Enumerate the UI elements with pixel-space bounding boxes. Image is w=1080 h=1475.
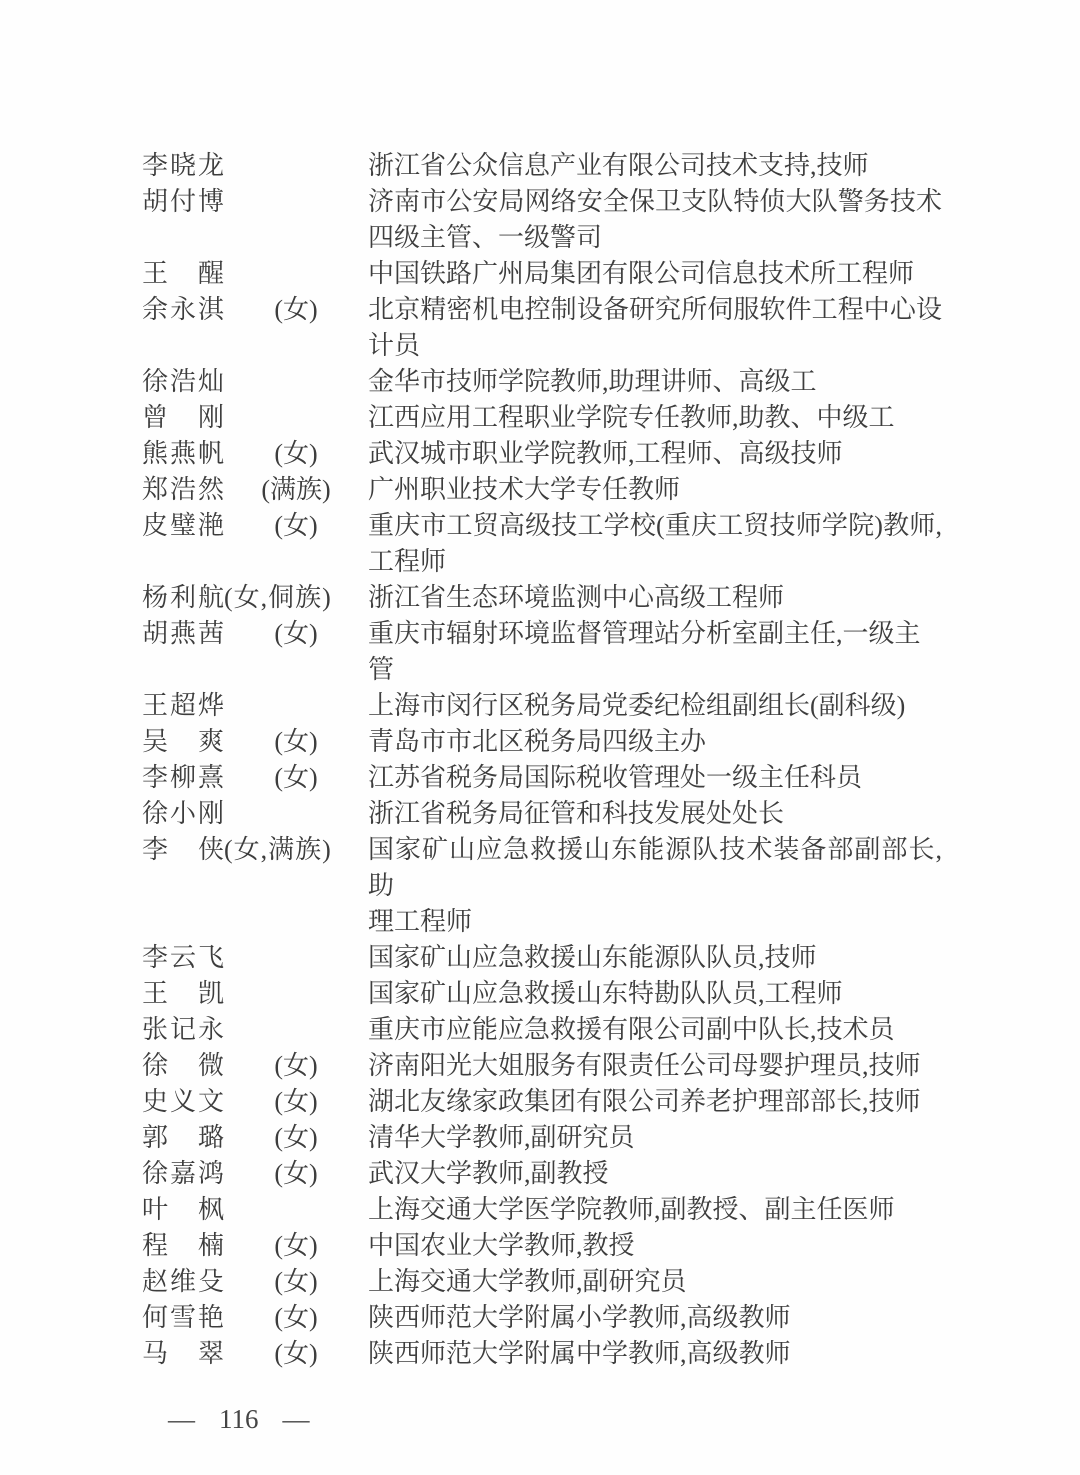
recipient-name: 王超烨 (142, 688, 224, 724)
recipient-position-line: 清华大学教师,副研究员 (368, 1120, 942, 1156)
recipient-name: 李柳熹 (142, 760, 224, 796)
recipient-attribute: (女,满族) (224, 832, 368, 868)
recipient-attribute: (女) (224, 1156, 368, 1192)
recipient-position-line: 上海交通大学教师,副研究员 (368, 1264, 942, 1300)
recipient-attribute: (女) (224, 1228, 368, 1264)
recipient-name: 程 楠 (142, 1228, 224, 1264)
recipient-position-line: 上海市闵行区税务局党委纪检组副组长(副科级) (368, 688, 942, 724)
recipient-position-line: 陕西师范大学附属中学教师,高级教师 (368, 1336, 942, 1372)
recipient-position: 上海市闵行区税务局党委纪检组副组长(副科级) (368, 688, 942, 724)
recipient-attribute: (女) (224, 1120, 368, 1156)
list-item: 郑浩然(满族)广州职业技术大学专任教师 (142, 472, 954, 508)
list-item: 何雪艳(女)陕西师范大学附属小学教师,高级教师 (142, 1300, 954, 1336)
recipient-attribute: (女,侗族) (224, 580, 368, 616)
recipient-position: 北京精密机电控制设备研究所伺服软件工程中心设计员 (368, 292, 942, 364)
recipient-name: 王 醒 (142, 256, 224, 292)
recipient-position: 陕西师范大学附属中学教师,高级教师 (368, 1336, 942, 1372)
list-item: 徐嘉鸿(女)武汉大学教师,副教授 (142, 1156, 954, 1192)
recipient-name: 李 侠 (142, 832, 224, 868)
recipient-name: 李晓龙 (142, 148, 224, 184)
recipient-position-line: 计员 (368, 328, 942, 364)
recipient-position: 江苏省税务局国际税收管理处一级主任科员 (368, 760, 942, 796)
recipient-name: 史义文 (142, 1084, 224, 1120)
recipient-name: 李云飞 (142, 940, 224, 976)
recipient-position: 国家矿山应急救援山东能源队技术装备部副部长,助理工程师 (368, 832, 942, 940)
recipient-attribute: (女) (224, 292, 368, 328)
recipient-attribute: (女) (224, 1300, 368, 1336)
recipient-name: 曾 刚 (142, 400, 224, 436)
recipient-position: 上海交通大学教师,副研究员 (368, 1264, 942, 1300)
recipient-position-line: 武汉城市职业学院教师,工程师、高级技师 (368, 436, 942, 472)
recipient-position-line: 陕西师范大学附属小学教师,高级教师 (368, 1300, 942, 1336)
recipient-name: 徐小刚 (142, 796, 224, 832)
list-item: 马 翠(女)陕西师范大学附属中学教师,高级教师 (142, 1336, 954, 1372)
recipient-attribute: (女) (224, 760, 368, 796)
recipient-position: 青岛市市北区税务局四级主办 (368, 724, 942, 760)
list-item: 李柳熹(女)江苏省税务局国际税收管理处一级主任科员 (142, 760, 954, 796)
footer-dash-right: — (283, 1404, 310, 1434)
recipient-position-line: 工程师 (368, 544, 942, 580)
list-item: 张记永重庆市应能应急救援有限公司副中队长,技术员 (142, 1012, 954, 1048)
list-item: 李晓龙浙江省公众信息产业有限公司技术支持,技师 (142, 148, 954, 184)
recipient-position: 中国农业大学教师,教授 (368, 1228, 942, 1264)
recipient-position-line: 上海交通大学医学院教师,副教授、副主任医师 (368, 1192, 942, 1228)
recipient-name: 杨利航 (142, 580, 224, 616)
list-item: 王 凯国家矿山应急救援山东特勘队队员,工程师 (142, 976, 954, 1012)
recipient-position-line: 青岛市市北区税务局四级主办 (368, 724, 942, 760)
recipient-name: 徐嘉鸿 (142, 1156, 224, 1192)
list-item: 李云飞国家矿山应急救援山东能源队队员,技师 (142, 940, 954, 976)
recipient-position-line: 济南市公安局网络安全保卫支队特侦大队警务技术 (368, 184, 942, 220)
recipient-name: 王 凯 (142, 976, 224, 1012)
recipient-name: 郑浩然 (142, 472, 224, 508)
recipient-name: 吴 爽 (142, 724, 224, 760)
list-item: 李 侠(女,满族)国家矿山应急救援山东能源队技术装备部副部长,助理工程师 (142, 832, 954, 940)
list-item: 吴 爽(女)青岛市市北区税务局四级主办 (142, 724, 954, 760)
recipient-position: 国家矿山应急救援山东能源队队员,技师 (368, 940, 942, 976)
recipient-position: 济南市公安局网络安全保卫支队特侦大队警务技术四级主管、一级警司 (368, 184, 942, 256)
recipient-name: 徐浩灿 (142, 364, 224, 400)
list-item: 杨利航(女,侗族)浙江省生态环境监测中心高级工程师 (142, 580, 954, 616)
recipient-name: 徐 微 (142, 1048, 224, 1084)
recipient-position: 重庆市工贸高级技工学校(重庆工贸技师学院)教师,工程师 (368, 508, 942, 580)
recipient-position-line: 理工程师 (368, 904, 942, 940)
recipient-name: 胡燕茜 (142, 616, 224, 652)
recipient-position: 浙江省生态环境监测中心高级工程师 (368, 580, 942, 616)
recipient-name: 张记永 (142, 1012, 224, 1048)
recipient-position: 广州职业技术大学专任教师 (368, 472, 942, 508)
recipient-position: 武汉大学教师,副教授 (368, 1156, 942, 1192)
recipient-attribute: (女) (224, 616, 368, 652)
recipient-position: 重庆市辐射环境监督管理站分析室副主任,一级主管 (368, 616, 942, 688)
recipient-name: 叶 枫 (142, 1192, 224, 1228)
recipient-name: 赵维殳 (142, 1264, 224, 1300)
footer-dash-left: — (168, 1404, 195, 1434)
recipient-position-line: 金华市技师学院教师,助理讲师、高级工 (368, 364, 942, 400)
list-item: 郭 璐(女)清华大学教师,副研究员 (142, 1120, 954, 1156)
recipient-position-line: 四级主管、一级警司 (368, 220, 942, 256)
list-item: 胡燕茜(女)重庆市辐射环境监督管理站分析室副主任,一级主管 (142, 616, 954, 688)
page-number: 116 (219, 1404, 259, 1434)
recipient-position-line: 中国农业大学教师,教授 (368, 1228, 942, 1264)
recipient-position-line: 浙江省生态环境监测中心高级工程师 (368, 580, 942, 616)
list-item: 熊燕帆(女)武汉城市职业学院教师,工程师、高级技师 (142, 436, 954, 472)
recipient-position: 中国铁路广州局集团有限公司信息技术所工程师 (368, 256, 942, 292)
recipient-attribute: (女) (224, 1048, 368, 1084)
recipient-name: 熊燕帆 (142, 436, 224, 472)
recipient-attribute: (女) (224, 1336, 368, 1372)
document-page: 李晓龙浙江省公众信息产业有限公司技术支持,技师胡付博济南市公安局网络安全保卫支队… (0, 0, 1080, 1475)
list-item: 赵维殳(女)上海交通大学教师,副研究员 (142, 1264, 954, 1300)
recipient-position-line: 重庆市辐射环境监督管理站分析室副主任,一级主管 (368, 616, 942, 688)
recipient-attribute: (女) (224, 1084, 368, 1120)
list-item: 程 楠(女)中国农业大学教师,教授 (142, 1228, 954, 1264)
recipient-position-line: 浙江省公众信息产业有限公司技术支持,技师 (368, 148, 942, 184)
recipient-attribute: (满族) (224, 472, 368, 508)
recipient-position: 济南阳光大姐服务有限责任公司母婴护理员,技师 (368, 1048, 942, 1084)
recipient-name: 皮璧滟 (142, 508, 224, 544)
recipient-position-line: 重庆市应能应急救援有限公司副中队长,技术员 (368, 1012, 942, 1048)
recipient-position-line: 国家矿山应急救援山东能源队队员,技师 (368, 940, 942, 976)
recipient-position: 国家矿山应急救援山东特勘队队员,工程师 (368, 976, 942, 1012)
list-item: 王超烨上海市闵行区税务局党委纪检组副组长(副科级) (142, 688, 954, 724)
recipient-position: 湖北友缘家政集团有限公司养老护理部部长,技师 (368, 1084, 942, 1120)
recipient-position: 陕西师范大学附属小学教师,高级教师 (368, 1300, 942, 1336)
list-item: 史义文(女)湖北友缘家政集团有限公司养老护理部部长,技师 (142, 1084, 954, 1120)
recipient-position-line: 广州职业技术大学专任教师 (368, 472, 942, 508)
recipient-position: 金华市技师学院教师,助理讲师、高级工 (368, 364, 942, 400)
recipient-attribute: (女) (224, 1264, 368, 1300)
list-item: 余永淇(女)北京精密机电控制设备研究所伺服软件工程中心设计员 (142, 292, 954, 364)
list-item: 叶 枫上海交通大学医学院教师,副教授、副主任医师 (142, 1192, 954, 1228)
list-item: 徐小刚浙江省税务局征管和科技发展处处长 (142, 796, 954, 832)
recipient-position-line: 国家矿山应急救援山东特勘队队员,工程师 (368, 976, 942, 1012)
page-footer: — 116 — (168, 1404, 1080, 1434)
recipient-position: 清华大学教师,副研究员 (368, 1120, 942, 1156)
recipient-attribute: (女) (224, 436, 368, 472)
recipient-name: 何雪艳 (142, 1300, 224, 1336)
recipient-attribute: (女) (224, 724, 368, 760)
recipient-position: 上海交通大学医学院教师,副教授、副主任医师 (368, 1192, 942, 1228)
recipient-name: 胡付博 (142, 184, 224, 220)
recipient-position-line: 浙江省税务局征管和科技发展处处长 (368, 796, 942, 832)
recipient-position-line: 中国铁路广州局集团有限公司信息技术所工程师 (368, 256, 942, 292)
list-item: 徐浩灿金华市技师学院教师,助理讲师、高级工 (142, 364, 954, 400)
list-item: 曾 刚江西应用工程职业学院专任教师,助教、中级工 (142, 400, 954, 436)
recipient-position-line: 江西应用工程职业学院专任教师,助教、中级工 (368, 400, 942, 436)
recipient-name: 郭 璐 (142, 1120, 224, 1156)
recipient-position-line: 重庆市工贸高级技工学校(重庆工贸技师学院)教师, (368, 508, 942, 544)
recipient-position: 浙江省税务局征管和科技发展处处长 (368, 796, 942, 832)
recipient-attribute: (女) (224, 508, 368, 544)
recipient-position: 重庆市应能应急救援有限公司副中队长,技术员 (368, 1012, 942, 1048)
recipient-position: 武汉城市职业学院教师,工程师、高级技师 (368, 436, 942, 472)
recipient-name: 马 翠 (142, 1336, 224, 1372)
recipient-position-line: 武汉大学教师,副教授 (368, 1156, 942, 1192)
recipient-position: 浙江省公众信息产业有限公司技术支持,技师 (368, 148, 942, 184)
recipient-position: 江西应用工程职业学院专任教师,助教、中级工 (368, 400, 942, 436)
list-item: 皮璧滟(女)重庆市工贸高级技工学校(重庆工贸技师学院)教师,工程师 (142, 508, 954, 580)
recipient-position-line: 北京精密机电控制设备研究所伺服软件工程中心设 (368, 292, 942, 328)
list-item: 王 醒中国铁路广州局集团有限公司信息技术所工程师 (142, 256, 954, 292)
recipient-position-line: 国家矿山应急救援山东能源队技术装备部副部长,助 (368, 832, 942, 904)
recipient-position-line: 济南阳光大姐服务有限责任公司母婴护理员,技师 (368, 1048, 942, 1084)
recipient-name: 余永淇 (142, 292, 224, 328)
list-item: 胡付博济南市公安局网络安全保卫支队特侦大队警务技术四级主管、一级警司 (142, 184, 954, 256)
recipient-position-line: 湖北友缘家政集团有限公司养老护理部部长,技师 (368, 1084, 942, 1120)
recipient-position-line: 江苏省税务局国际税收管理处一级主任科员 (368, 760, 942, 796)
award-recipient-list: 李晓龙浙江省公众信息产业有限公司技术支持,技师胡付博济南市公安局网络安全保卫支队… (142, 148, 954, 1372)
list-item: 徐 微(女)济南阳光大姐服务有限责任公司母婴护理员,技师 (142, 1048, 954, 1084)
